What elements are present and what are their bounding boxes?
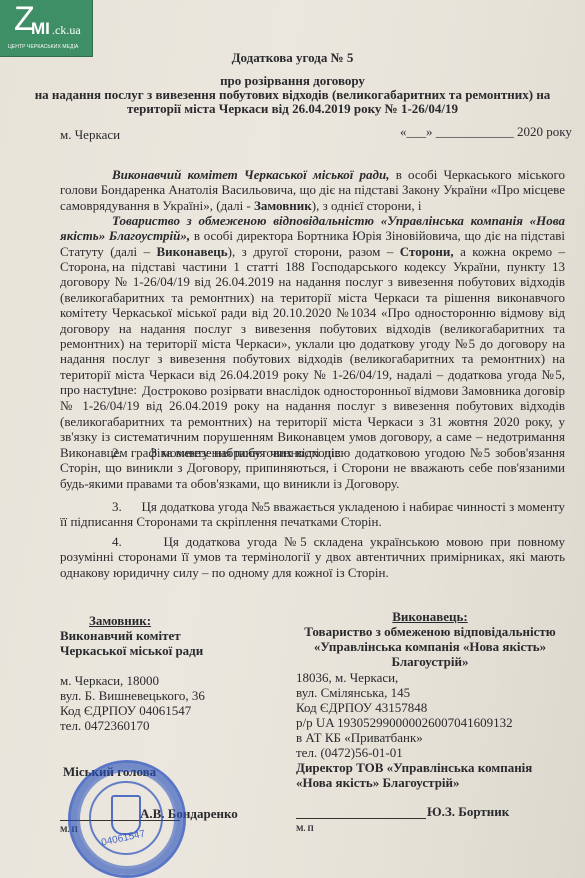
- logo-mi: MI: [31, 19, 50, 39]
- customer-name-line-2: Черкаської міської ради: [60, 643, 203, 659]
- clause-1-number: 1.: [112, 383, 122, 398]
- customer-heading: Замовник:: [89, 613, 151, 629]
- clause-3-text: Ця додаткова угода №5 вважається укладен…: [60, 499, 565, 529]
- customer-address-3: тел. 0472360170: [60, 718, 149, 734]
- party2-mid: ), з другої сторони, разом –: [228, 244, 400, 259]
- party2-alias: Виконавець: [157, 244, 228, 259]
- contractor-address-4: в АТ КБ «Приватбанк»: [296, 730, 423, 746]
- clause-4: 4. Ця додаткова угода №5 складена україн…: [60, 534, 565, 580]
- contractor-name-line-3: Благоустрій»: [290, 654, 570, 670]
- contractor-signer: Ю.З. Бортник: [427, 804, 509, 820]
- parties-alias: Сторони,: [400, 244, 454, 259]
- zmi-logo[interactable]: Z MI .ck.ua ЦЕНТР ЧЕРКАСЬКИХ МЕДІА: [0, 0, 93, 57]
- party1-name: Виконавчий комітет Черкаської міської ра…: [112, 167, 389, 182]
- customer-address-1: вул. Б. Вишневецького, 36: [60, 688, 205, 704]
- clause-2: 2. З моменту набрання чинності цією дода…: [60, 445, 565, 491]
- contractor-address-0: 18036, м. Черкаси,: [296, 670, 398, 686]
- customer-address-0: м. Черкаси, 18000: [60, 673, 159, 689]
- clause-3-number: 3.: [112, 499, 122, 514]
- document-title: Додаткова угода № 5: [0, 50, 585, 66]
- clause-2-text: З моменту набрання чинності цією додатко…: [60, 445, 565, 491]
- contractor-address-5: тел. (0472)56-01-01: [296, 745, 403, 761]
- clause-4-number: 4.: [112, 534, 122, 549]
- contractor-address-3: р/р UA 193052990000026007041609132: [296, 715, 513, 731]
- clause-2-number: 2.: [112, 445, 122, 460]
- contractor-signature-line: [296, 818, 426, 819]
- contractor-name-line-2: «Управлінська компанія «Нова якість»: [290, 639, 570, 655]
- basis-paragraph: на підставі частини 1 статті 188 Господа…: [60, 259, 565, 398]
- contractor-address-2: Код ЄДРПОУ 43157848: [296, 700, 427, 716]
- contractor-seal-mark: М. П: [296, 821, 314, 837]
- clause-4-text: Ця додаткова угода №5 складена українськ…: [60, 534, 565, 580]
- party1-end: ), з однієї сторони, і: [312, 198, 422, 213]
- city-label: м. Черкаси: [60, 127, 120, 143]
- parties-paragraph-1: Виконавчий комітет Черкаської міської ра…: [60, 167, 565, 213]
- customer-name-line-1: Виконавчий комітет: [60, 628, 181, 644]
- party1-alias: Замовник: [254, 198, 312, 213]
- official-stamp-icon: 04061547: [68, 760, 186, 878]
- date-field: «___» ____________ 2020 року: [400, 124, 572, 140]
- clause-3: 3. Ця додаткова угода №5 вважається укла…: [60, 499, 565, 530]
- subtitle-line-3: території міста Черкаси від 26.04.2019 р…: [0, 101, 585, 117]
- contractor-position-line-1: Директор ТОВ «Управлінська компанія: [296, 760, 532, 776]
- logo-domain: .ck.ua: [52, 23, 81, 38]
- contractor-address-1: вул. Смілянська, 145: [296, 685, 410, 701]
- contractor-name-line-1: Товариство з обмеженою відповідальністю: [290, 624, 570, 640]
- customer-address-2: Код ЄДРПОУ 04061547: [60, 703, 191, 719]
- contractor-heading: Виконавець:: [300, 609, 560, 625]
- contractor-position-line-2: «Нова якість» Благоустрій»: [296, 775, 460, 791]
